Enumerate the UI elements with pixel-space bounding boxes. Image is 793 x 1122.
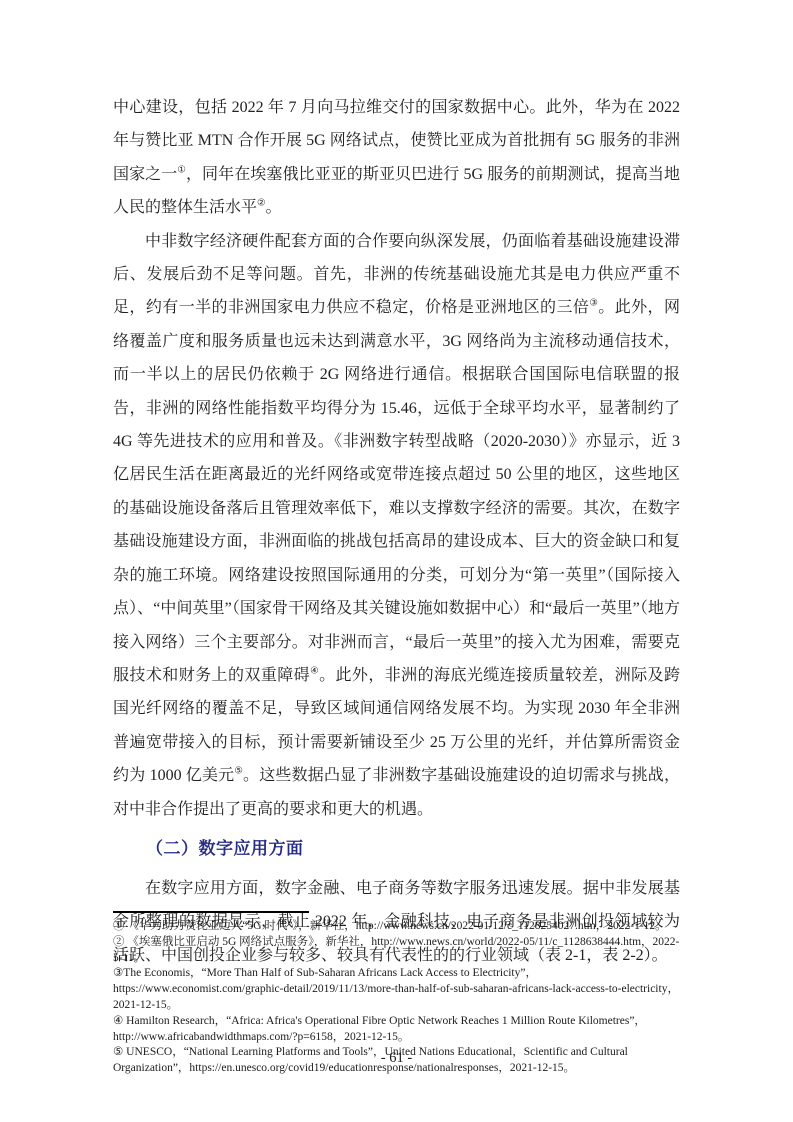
page-number: - 61 -: [0, 1050, 793, 1067]
section-heading-digital-application: （二）数字应用方面: [113, 838, 680, 859]
footnote-separator-line: [113, 911, 309, 913]
paragraph-infrastructure-challenges: 中非数字经济硬件配套方面的合作要向纵深发展，仍面临着基础设施建设滞后、发展后劲不…: [113, 225, 680, 826]
document-page: 中心建设，包括 2022 年 7 月向马拉维交付的国家数据中心。此外，华为在 2…: [0, 0, 793, 1122]
footnote-2: ② 《埃塞俄比亚启动 5G 网络试点服务》，新华社，http://www.new…: [113, 935, 685, 967]
footnote-4: ④ Hamilton Research，“Africa: Africa's Op…: [113, 1014, 685, 1046]
footnote-1: ① 《华为助力赞比亚迈入“5G 时代”》，新华社，http://www.news…: [113, 919, 685, 935]
paragraph-continuation-data-center: 中心建设，包括 2022 年 7 月向马拉维交付的国家数据中心。此外，华为在 2…: [113, 91, 680, 225]
body-content: 中心建设，包括 2022 年 7 月向马拉维交付的国家数据中心。此外，华为在 2…: [113, 91, 680, 972]
footnote-3: ③The Economis，“More Than Half of Sub-Sah…: [113, 966, 685, 1013]
